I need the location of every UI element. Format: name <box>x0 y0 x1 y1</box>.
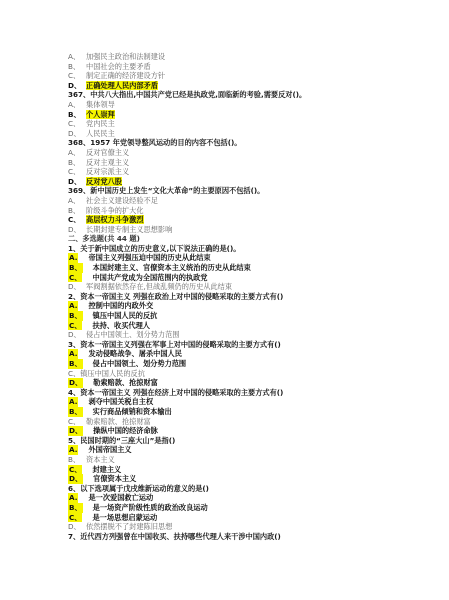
option-label: C、 <box>68 369 80 379</box>
question-text: 4、资本一帝国主义 列强在经济上对中国的侵略采取的主要方式有() <box>68 388 428 398</box>
option-text: 反对官僚主义 <box>86 148 129 157</box>
section-heading: 二、多选题(共 44 题) <box>68 234 428 244</box>
answer-option: B、镇压中国人民的反抗 <box>68 311 428 321</box>
option-text: 发动侵略战争、屠杀中国人民 <box>88 349 181 358</box>
option-label: D、 <box>68 177 86 187</box>
option: B、中国社会的主要矛盾 <box>68 62 428 72</box>
option-label: B、 <box>68 110 86 120</box>
option: D、人民民主 <box>68 129 428 139</box>
option-label: A. <box>68 397 78 407</box>
option-label: B、 <box>68 359 83 369</box>
answer-option: B、个人崇拜 <box>68 110 428 120</box>
question-text: 368、1957 年党领导整风运动的目的内容不包括()。 <box>68 138 428 148</box>
option: D、长期封建专制主义思想影响 <box>68 225 428 235</box>
option-text: 帝国主义列强压迫中国的历史从此结束 <box>88 253 210 262</box>
option-text: 扶持、收买代理人 <box>92 321 150 330</box>
option-text: 操纵中国的经济命脉 <box>93 426 158 435</box>
option: B、资本主义 <box>68 455 428 465</box>
option-label: D、 <box>68 81 86 91</box>
question-stem: 6、以下选项属于戊戌维新运动的意义的是() <box>68 484 209 493</box>
option: B、反对主观主义 <box>68 158 428 168</box>
question-stem: 7、近代西方列强曾在中国收买、扶持哪些代理人来干涉中国内政() <box>68 532 281 541</box>
answer-option: C、是一场思想启蒙运动 <box>68 513 428 523</box>
option: C、制定正确的经济建设方针 <box>68 71 428 81</box>
option-label: D、 <box>68 522 86 532</box>
question-text: 6、以下选项属于戊戌维新运动的意义的是() <box>68 484 428 494</box>
option-label: D、 <box>68 330 86 340</box>
option: C、反对宗派主义 <box>68 167 428 177</box>
option: C、勒索赔款、抢掠财富 <box>68 417 428 427</box>
option-text: 勒索赔款、抢掠财富 <box>86 417 151 426</box>
option-label: A、 <box>68 52 86 62</box>
option-label: B、 <box>68 158 86 168</box>
option-text: 中国共产党成为全国范围内的执政党 <box>92 273 207 282</box>
option-label: C、 <box>68 215 86 225</box>
option-text: 党内民主 <box>86 119 115 128</box>
question-list: A、加强民主政治和法制建设B、中国社会的主要矛盾C、制定正确的经济建设方针D、正… <box>68 52 428 541</box>
option: C、镇压中国人民的反抗 <box>68 369 428 379</box>
question-stem: 367、中共八大指出,中国共产党已经是执政党,面临新的考验,需要反对()。 <box>68 90 306 99</box>
question-text: 5、民国时期的“三座大山”是指() <box>68 436 428 446</box>
option-text: 反对宗派主义 <box>86 167 129 176</box>
answer-option: C、中国共产党成为全国范围内的执政党 <box>68 273 428 283</box>
answer-option: A.是一次爱国救亡运动 <box>68 493 428 503</box>
option-text: 加强民主政治和法制建设 <box>86 52 165 61</box>
option-label: C、 <box>68 513 82 523</box>
answer-option: D、正确处理人民内部矛盾 <box>68 81 428 91</box>
answer-option: A.控制中国的内政外交 <box>68 301 428 311</box>
option-text: 封建主义 <box>92 465 121 474</box>
answer-option: B、侵占中国领土、划分势力范围 <box>68 359 428 369</box>
option-text: 勒索赔款、抢掠财富 <box>93 378 158 387</box>
option-label: C、 <box>68 167 86 177</box>
option-text: 剥夺中国关税自主权 <box>88 397 153 406</box>
section-title: 二、多选题(共 44 题) <box>68 234 140 243</box>
option-text: 集体领导 <box>86 100 115 109</box>
option-label: D、 <box>68 129 86 139</box>
option-label: A. <box>68 253 78 263</box>
question-stem: 4、资本一帝国主义 列强在经济上对中国的侵略采取的主要方式有() <box>68 388 283 397</box>
answer-option: B、是一场资产阶级性质的政治改良运动 <box>68 503 428 513</box>
option-text: 是一场资产阶级性质的政治改良运动 <box>93 503 208 512</box>
question-text: 369、新中国历史上发生“文化大革命”的主要原因不包括()。 <box>68 186 428 196</box>
option-label: B、 <box>68 206 86 216</box>
option-label: A. <box>68 493 78 503</box>
question-stem: 1、关于新中国成立的历史意义,以下说法正确的是()。 <box>68 244 240 253</box>
option-label: D、 <box>68 426 83 436</box>
option: D、侵占中国领土、划分势力范围 <box>68 330 428 340</box>
option-text: 控制中国的内政外交 <box>88 301 153 310</box>
option-label: D、 <box>68 378 83 388</box>
option-label: A、 <box>68 148 86 158</box>
option: B、阶级斗争的扩大化 <box>68 206 428 216</box>
option-label: C、 <box>68 119 86 129</box>
option-text: 阶级斗争的扩大化 <box>86 206 144 215</box>
option-text: 军阀割据依然存在,但战乱频仍的历史从此结束 <box>86 282 232 291</box>
option: C、党内民主 <box>68 119 428 129</box>
option-label: B、 <box>68 311 83 321</box>
option-text: 长期封建专制主义思想影响 <box>86 225 172 234</box>
option-label: A. <box>68 445 78 455</box>
option-label: C、 <box>68 321 82 331</box>
answer-option: A.帝国主义列强压迫中国的历史从此结束 <box>68 253 428 263</box>
option: D、军阀割据依然存在,但战乱频仍的历史从此结束 <box>68 282 428 292</box>
option-label: C、 <box>68 71 86 81</box>
question-text: 3、资本一帝国主义列强在军事上对中国的侵略采取的主要方式有() <box>68 340 428 350</box>
option-text: 实行商品倾销和资本输出 <box>93 407 172 416</box>
answer-option: C、封建主义 <box>68 465 428 475</box>
option-text: 本国封建主义、官僚资本主义统治的历史从此结束 <box>93 263 251 272</box>
option: A、集体领导 <box>68 100 428 110</box>
option-label: A. <box>68 301 78 311</box>
option-text: 社会主义建设经验不足 <box>86 196 158 205</box>
option-label: D、 <box>68 474 83 484</box>
option: A、反对官僚主义 <box>68 148 428 158</box>
answer-option: B、本国封建主义、官僚资本主义统治的历史从此结束 <box>68 263 428 273</box>
option-text: 高层权力斗争激烈 <box>86 215 144 224</box>
option-label: A、 <box>68 196 86 206</box>
question-stem: 5、民国时期的“三座大山”是指() <box>68 436 175 445</box>
option-label: A、 <box>68 100 86 110</box>
option-label: B、 <box>68 503 83 513</box>
question-text: 367、中共八大指出,中国共产党已经是执政党,面临新的考验,需要反对()。 <box>68 90 428 100</box>
answer-option: D、勒索赔款、抢掠财富 <box>68 378 428 388</box>
option-label: C、 <box>68 465 82 475</box>
option-text: 侵占中国领土、划分势力范围 <box>93 359 186 368</box>
answer-option: A.剥夺中国关税自主权 <box>68 397 428 407</box>
option-text: 人民民主 <box>86 129 115 138</box>
option-label: B、 <box>68 263 83 273</box>
option-text: 依然摆脱不了封建陈旧思想 <box>86 522 172 531</box>
option-text: 反对党八股 <box>86 177 122 186</box>
answer-option: A.发动侵略战争、屠杀中国人民 <box>68 349 428 359</box>
option-label: C、 <box>68 273 82 283</box>
document-page: A、加强民主政治和法制建设B、中国社会的主要矛盾C、制定正确的经济建设方针D、正… <box>0 0 449 600</box>
option-label: B、 <box>68 455 86 465</box>
option-text: 是一次爱国救亡运动 <box>88 493 153 502</box>
answer-option: D、反对党八股 <box>68 177 428 187</box>
option-text: 反对主观主义 <box>86 158 129 167</box>
question-text: 7、近代西方列强曾在中国收买、扶持哪些代理人来干涉中国内政() <box>68 532 428 542</box>
option-text: 资本主义 <box>86 455 115 464</box>
option-label: D、 <box>68 282 86 292</box>
option-text: 官僚资本主义 <box>93 474 136 483</box>
option-label: A. <box>68 349 78 359</box>
option-label: B、 <box>68 407 83 417</box>
option: A、加强民主政治和法制建设 <box>68 52 428 62</box>
answer-option: B、实行商品倾销和资本输出 <box>68 407 428 417</box>
answer-option: C、扶持、收买代理人 <box>68 321 428 331</box>
option-text: 镇压中国人民的反抗 <box>80 369 145 378</box>
option-text: 是一场思想启蒙运动 <box>92 513 157 522</box>
option-text: 正确处理人民内部矛盾 <box>86 81 158 90</box>
option-label: B、 <box>68 62 86 72</box>
question-stem: 2、资本一帝国主义 列强在政治上对中国的侵略采取的主要方式有() <box>68 292 283 301</box>
question-stem: 369、新中国历史上发生“文化大革命”的主要原因不包括()。 <box>68 186 264 195</box>
question-stem: 3、资本一帝国主义列强在军事上对中国的侵略采取的主要方式有() <box>68 340 281 349</box>
option-text: 个人崇拜 <box>86 110 115 119</box>
option-text: 制定正确的经济建设方针 <box>86 71 165 80</box>
option-text: 中国社会的主要矛盾 <box>86 62 151 71</box>
answer-option: D、操纵中国的经济命脉 <box>68 426 428 436</box>
option: D、依然摆脱不了封建陈旧思想 <box>68 522 428 532</box>
answer-option: D、官僚资本主义 <box>68 474 428 484</box>
option-label: D、 <box>68 225 86 235</box>
question-text: 2、资本一帝国主义 列强在政治上对中国的侵略采取的主要方式有() <box>68 292 428 302</box>
option-text: 外国帝国主义 <box>88 445 131 454</box>
question-stem: 368、1957 年党领导整风运动的目的内容不包括()。 <box>68 138 241 147</box>
answer-option: A.外国帝国主义 <box>68 445 428 455</box>
answer-option: C、高层权力斗争激烈 <box>68 215 428 225</box>
option-text: 侵占中国领土、划分势力范围 <box>86 330 179 339</box>
option-label: C、 <box>68 417 86 427</box>
option-text: 镇压中国人民的反抗 <box>93 311 158 320</box>
option: A、社会主义建设经验不足 <box>68 196 428 206</box>
question-text: 1、关于新中国成立的历史意义,以下说法正确的是()。 <box>68 244 428 254</box>
